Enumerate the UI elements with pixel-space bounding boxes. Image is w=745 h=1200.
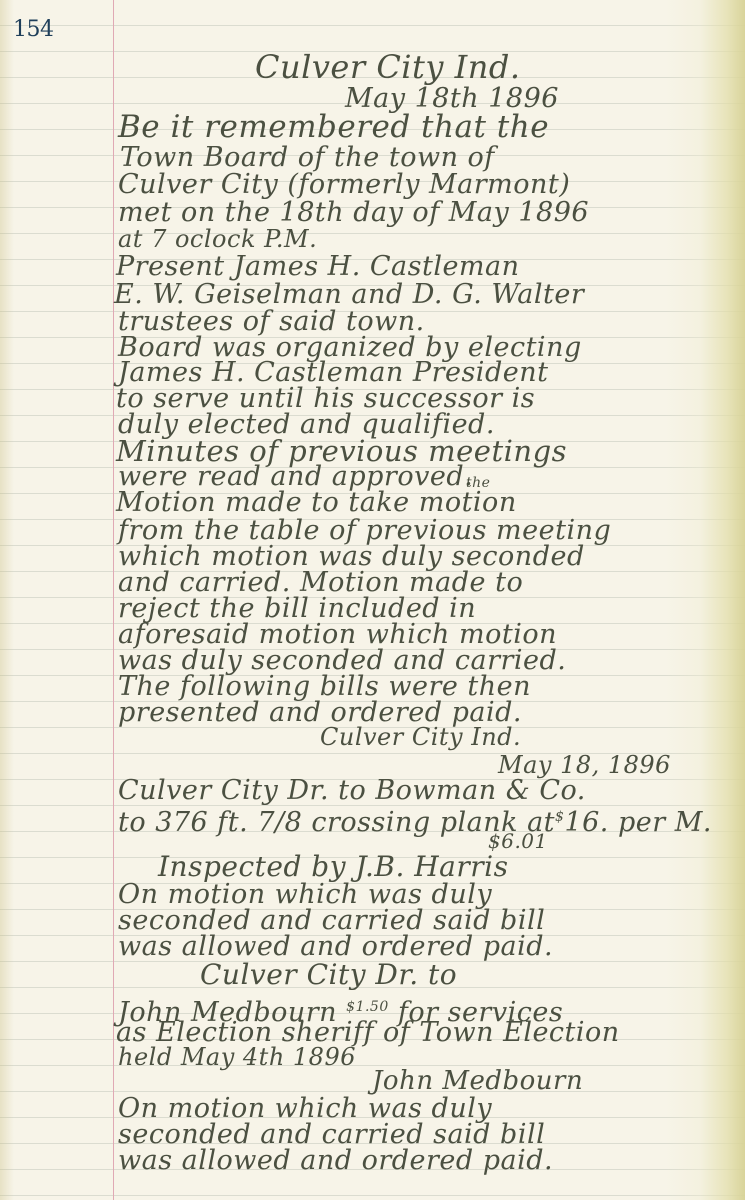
bill-2-line: held May 4th 1896: [118, 1042, 356, 1072]
heading-place: Culver City Ind.: [255, 52, 521, 82]
bill-2-approval: was allowed and ordered paid.: [118, 1146, 553, 1176]
ledger-page: 154 Culver City Ind. May 18th 1896 Be it…: [0, 0, 745, 1200]
bill-1-line-rate: to 376 ft. 7/8 crossing plank at$16. per…: [118, 802, 712, 838]
minutes-line: at 7 oclock P.M.: [118, 224, 317, 254]
caret-insertion: the: [466, 468, 745, 498]
minutes-line-text: Motion made to take motion: [116, 487, 517, 518]
bill-1-place: Culver City Ind.: [320, 722, 521, 752]
bill-2-amount: $1.50: [346, 999, 389, 1015]
bill-2-heading: Culver City Dr. to: [200, 960, 457, 990]
minutes-line: Present James H. Castleman: [116, 252, 520, 282]
handwritten-minutes: Culver City Ind. May 18th 1896 Be it rem…: [0, 0, 745, 1200]
bill-1-inspected: Inspected by J.B. Harris: [158, 852, 508, 882]
bill-2-signature: John Medbourn: [372, 1066, 583, 1096]
minutes-line: Be it remembered that the: [118, 112, 549, 142]
minutes-line: Culver City (formerly Marmont): [118, 170, 570, 200]
minutes-line-motion: Motion made to take motion: [116, 488, 517, 518]
bill-1-text: 16. per M.: [564, 807, 712, 838]
